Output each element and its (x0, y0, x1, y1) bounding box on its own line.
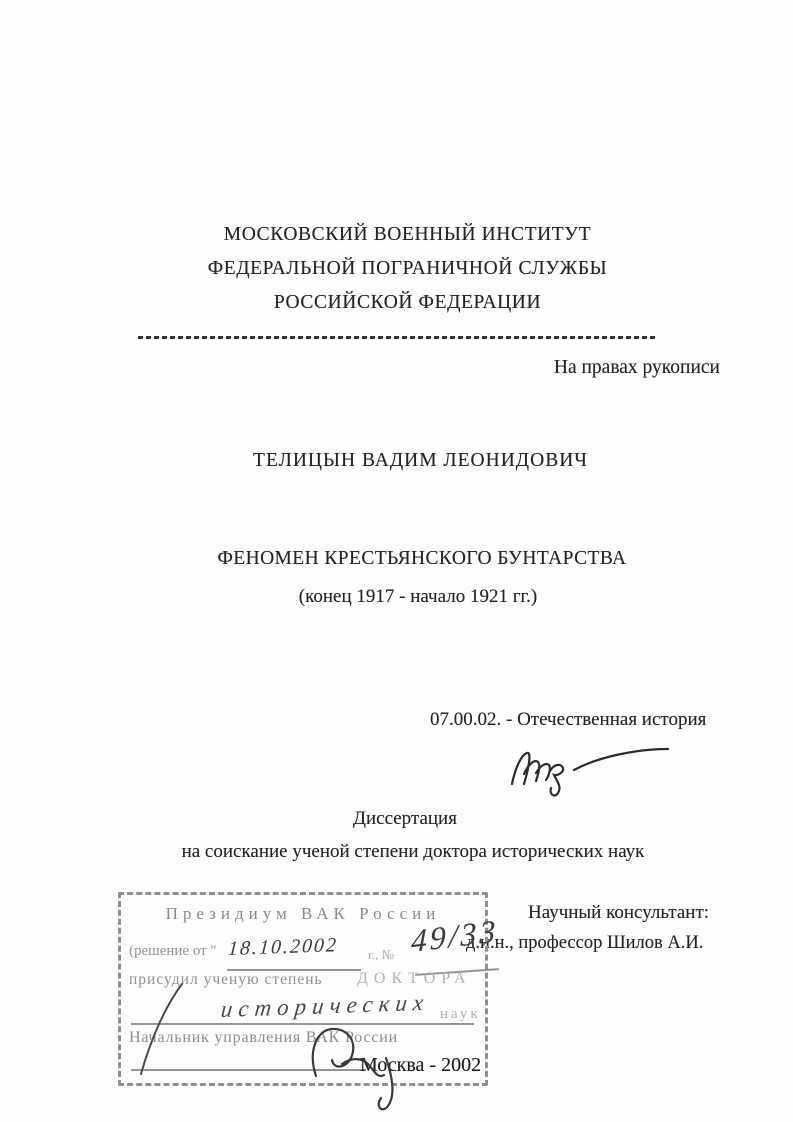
dissertation-title-page: МОСКОВСКИЙ ВОЕННЫЙ ИНСТИТУТ ФЕДЕРАЛЬНОЙ … (0, 0, 793, 1122)
stamp-handwritten-date: 18.10.2002 (227, 934, 339, 961)
stamp-handwritten-field: исторических (220, 990, 431, 1023)
stamp-field-suffix: наук (440, 1006, 481, 1023)
consultant-name: д.и.н., профессор Шилов А.И. (466, 933, 703, 954)
dashed-separator (138, 336, 658, 339)
dissertation-title: ФЕНОМЕН КРЕСТЬЯНСКОГО БУНТАРСТВА (36, 548, 793, 570)
institution-name-line3: РОССИЙСКОЙ ФЕДЕРАЦИИ (20, 292, 793, 314)
stamp-decision-prefix: (решение от " (129, 943, 217, 960)
consultant-label: Научный консультант: (528, 902, 709, 924)
manuscript-note: На правах рукописи (554, 357, 720, 379)
specialty-code: 07.00.02. - Отечественная история (430, 709, 706, 731)
stamp-decision-mid: г., № (368, 947, 394, 963)
author-name: ТЕЛИЦЫН ВАДИМ ЛЕОНИДОВИЧ (33, 450, 793, 472)
institution-name-line1: МОСКОВСКИЙ ВОЕННЫЙ ИНСТИТУТ (20, 224, 793, 246)
institution-name-line2: ФЕДЕРАЛЬНОЙ ПОГРАНИЧНОЙ СЛУЖБЫ (20, 258, 793, 280)
degree-pursuit-line: на соискание ученой степени доктора исто… (17, 841, 793, 863)
document-type: Диссертация (9, 808, 793, 830)
approval-signature-icon (512, 749, 668, 795)
stamp-field-blank-line (131, 1023, 474, 1025)
stamp-signature-blank-line (131, 1069, 366, 1071)
stamp-awarded-line: присудил ученую степень (129, 971, 323, 989)
stamp-degree-word: ДОКТОРА (357, 970, 472, 988)
stamp-official-line: Начальник управления ВАК России (129, 1029, 398, 1047)
dissertation-date-range: (конец 1917 - начало 1921 гг.) (32, 586, 793, 608)
city-year: Москва - 2002 (360, 1054, 481, 1077)
